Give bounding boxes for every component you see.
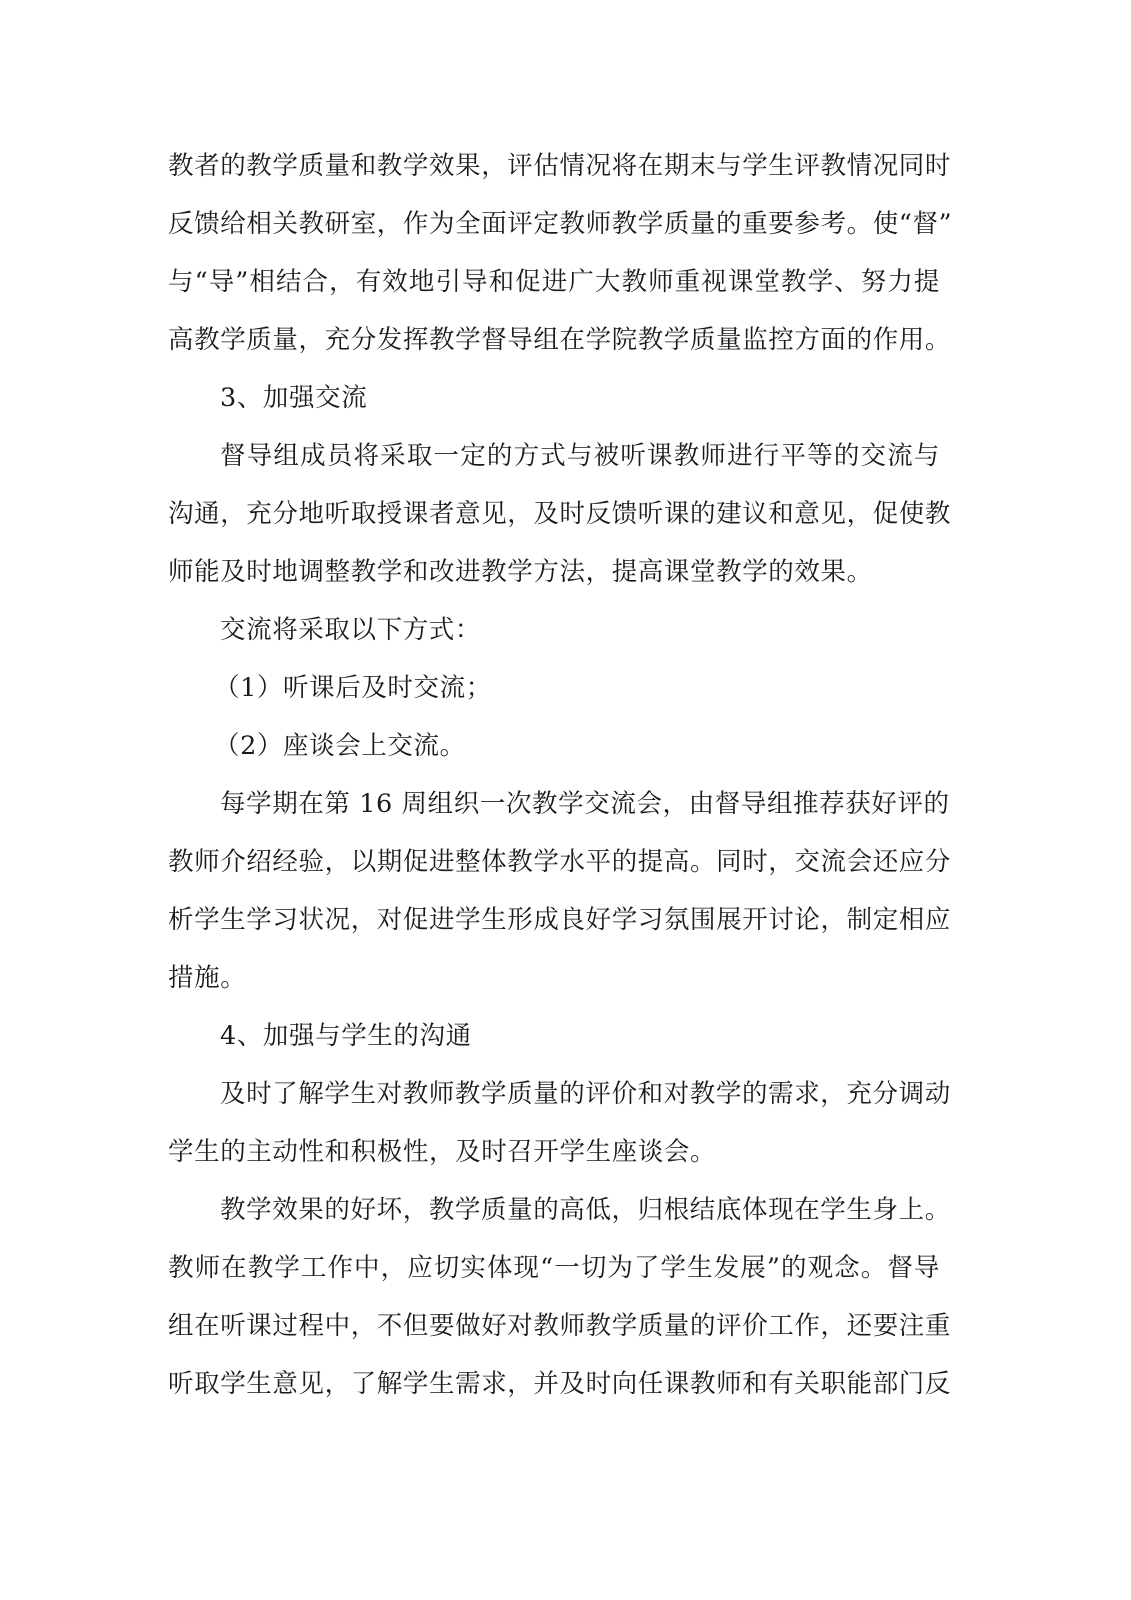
paragraph-line: 及时了解学生对教师教学质量的评价和对教学的需求，充分调动 bbox=[220, 1074, 940, 1114]
paragraph-line: 教者的教学质量和教学效果，评估情况将在期末与学生评教情况同时 bbox=[168, 146, 940, 186]
paragraph-line: 每学期在第 16 周组织一次教学交流会，由督导组推荐获好评的 bbox=[220, 784, 940, 824]
paragraph-line: 析学生学习状况，对促进学生形成良好学习氛围展开讨论，制定相应 bbox=[168, 900, 940, 940]
paragraph-line: 教学效果的好坏，教学质量的高低，归根结底体现在学生身上。 bbox=[220, 1190, 940, 1230]
paragraph-line: 措施。 bbox=[168, 958, 246, 998]
paragraph-line: 组在听课过程中，不但要做好对教师教学质量的评价工作，还要注重 bbox=[168, 1306, 940, 1346]
paragraph-line: 高教学质量，充分发挥教学督导组在学院教学质量监控方面的作用。 bbox=[168, 320, 940, 360]
list-item-2: （2）座谈会上交流。 bbox=[214, 726, 466, 766]
paragraph-line: 反馈给相关教研室，作为全面评定教师教学质量的重要参考。使“督” bbox=[168, 204, 940, 244]
paragraph-line: 沟通，充分地听取授课者意见，及时反馈听课的建议和意见，促使教 bbox=[168, 494, 940, 534]
paragraph-line: 与“导”相结合，有效地引导和促进广大教师重视课堂教学、努力提 bbox=[168, 262, 940, 302]
paragraph-line: 教师介绍经验，以期促进整体教学水平的提高。同时，交流会还应分 bbox=[168, 842, 940, 882]
paragraph-line: 督导组成员将采取一定的方式与被听课教师进行平等的交流与 bbox=[220, 436, 940, 476]
section-heading-4: 4、加强与学生的沟通 bbox=[220, 1016, 472, 1056]
paragraph-line: 学生的主动性和积极性，及时召开学生座谈会。 bbox=[168, 1132, 716, 1172]
paragraph-line: 交流将采取以下方式： bbox=[220, 610, 481, 650]
paragraph-line: 听取学生意见，了解学生需求，并及时向任课教师和有关职能部门反 bbox=[168, 1364, 940, 1404]
list-item-1: （1）听课后及时交流； bbox=[214, 668, 492, 708]
paragraph-line: 教师在教学工作中，应切实体现“一切为了学生发展”的观念。督导 bbox=[168, 1248, 940, 1288]
paragraph-line: 师能及时地调整教学和改进教学方法，提高课堂教学的效果。 bbox=[168, 552, 873, 592]
section-heading-3: 3、加强交流 bbox=[220, 378, 367, 418]
